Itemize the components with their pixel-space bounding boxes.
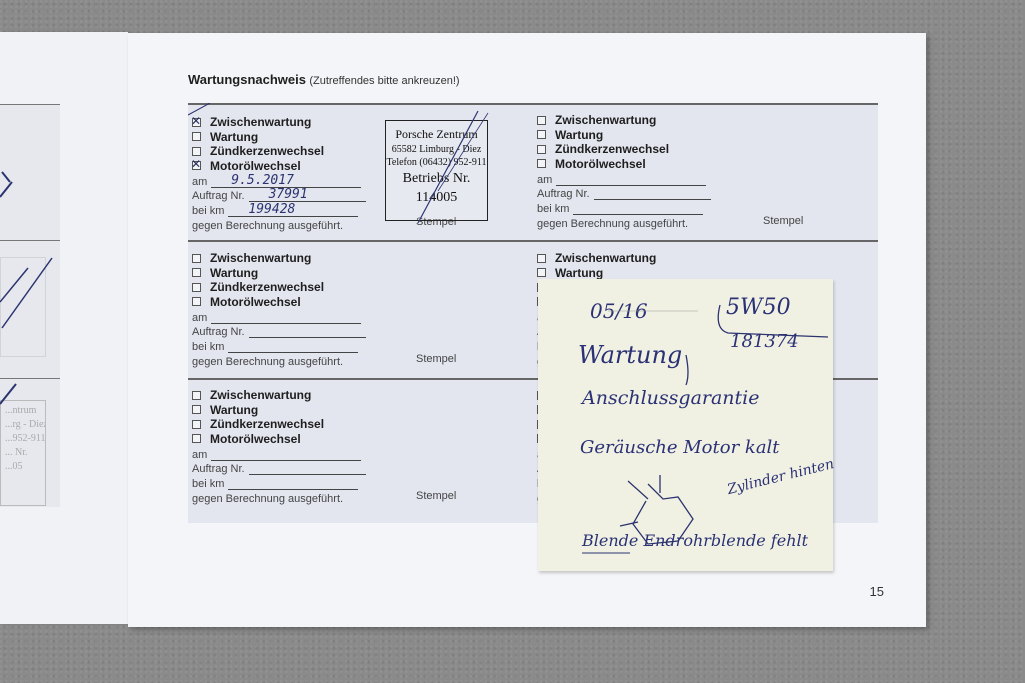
checkbox[interactable] bbox=[537, 130, 546, 139]
checkbox-row[interactable]: Zwischenwartung bbox=[537, 113, 877, 128]
date-field-label: am bbox=[192, 312, 207, 324]
maintenance-entry-5: Zwischenwartung Wartung Zündkerzenwechse… bbox=[192, 388, 532, 516]
order-number-field-label: Auftrag Nr. bbox=[192, 326, 245, 338]
stamp-address: 65582 Limburg - Diez bbox=[386, 144, 487, 155]
mileage-field-row: bei km bbox=[192, 338, 532, 353]
checkbox[interactable] bbox=[192, 254, 201, 263]
mileage-field-row: bei km bbox=[192, 475, 532, 490]
mileage-field-label: bei km bbox=[192, 205, 224, 217]
footer-text: gegen Berechnung ausgeführt. bbox=[192, 356, 343, 368]
checkbox[interactable] bbox=[192, 132, 201, 141]
checkbox-label: Motorölwechsel bbox=[555, 157, 646, 171]
stamp-dealer-name: Porsche Zentrum bbox=[386, 127, 487, 142]
checkbox-label: Zündkerzenwechsel bbox=[210, 144, 324, 158]
checkbox[interactable] bbox=[192, 297, 201, 306]
checkbox-row[interactable]: Wartung bbox=[537, 128, 877, 143]
checkbox-label: Zwischenwartung bbox=[210, 251, 311, 265]
checkbox-row[interactable]: Zündkerzenwechsel bbox=[192, 417, 532, 432]
order-number-field[interactable]: 37991 bbox=[249, 191, 366, 202]
note-warranty: Anschlussgarantie bbox=[582, 387, 760, 409]
footer-text: gegen Berechnung ausgeführt. bbox=[192, 493, 343, 505]
checkbox-row[interactable]: Motorölwechsel bbox=[192, 432, 532, 447]
checkbox[interactable] bbox=[192, 161, 201, 170]
sticky-note: 05/16 5W50 181374 Wartung Anschlussgaran… bbox=[538, 279, 833, 571]
order-number-field[interactable] bbox=[249, 464, 366, 475]
checkbox-label: Wartung bbox=[210, 266, 258, 280]
checkbox-row[interactable]: Zündkerzenwechsel bbox=[537, 142, 877, 157]
date-field-value: 9.5.2017 bbox=[231, 173, 294, 188]
checkbox-row[interactable]: Zündkerzenwechsel bbox=[192, 280, 532, 295]
page-heading: Wartungsnachweis (Zutreffendes bitte ank… bbox=[188, 72, 460, 87]
row-divider bbox=[188, 103, 878, 105]
date-field-label: am bbox=[537, 174, 552, 186]
checkbox-row[interactable]: Motorölwechsel bbox=[192, 295, 532, 310]
mileage-field[interactable]: 199428 bbox=[228, 206, 358, 217]
checkbox-label: Zwischenwartung bbox=[555, 113, 656, 127]
page-subtitle: (Zutreffendes bitte ankreuzen!) bbox=[309, 75, 459, 87]
stamp-label: Stempel bbox=[763, 215, 803, 227]
checkbox-label: Zwischenwartung bbox=[555, 251, 656, 265]
stamp-business-label: Betriebs Nr. bbox=[386, 171, 487, 187]
order-number-field-row: Auftrag Nr. bbox=[192, 461, 532, 476]
left-page: ...ntrum ...rg - Diez ...952-911 ... Nr.… bbox=[0, 32, 128, 624]
footer-text: gegen Berechnung ausgeführt. bbox=[537, 218, 688, 230]
order-number-field-label: Auftrag Nr. bbox=[192, 463, 245, 475]
stamp-business-number: 114005 bbox=[386, 190, 487, 206]
left-page-stamp: ...ntrum ...rg - Diez ...952-911 ... Nr.… bbox=[0, 400, 46, 506]
checkbox-label: Zwischenwartung bbox=[210, 388, 311, 402]
checkbox[interactable] bbox=[192, 268, 201, 277]
left-page-panel-1 bbox=[0, 104, 60, 241]
checkbox-row[interactable]: Motorölwechsel bbox=[537, 157, 877, 172]
date-field[interactable]: 9.5.2017 bbox=[211, 177, 361, 188]
checkbox-label: Wartung bbox=[210, 403, 258, 417]
mileage-field-label: bei km bbox=[537, 203, 569, 215]
date-field[interactable] bbox=[211, 313, 361, 324]
checkbox[interactable] bbox=[192, 147, 201, 156]
date-field[interactable] bbox=[211, 450, 361, 461]
note-missing-trim: Blende Endrohrblende fehlt bbox=[582, 531, 808, 550]
stamp-label: Stempel bbox=[416, 353, 456, 365]
checkbox[interactable] bbox=[192, 283, 201, 292]
mileage-field-value: 199428 bbox=[248, 202, 295, 217]
page-title: Wartungsnachweis bbox=[188, 72, 306, 87]
checkbox[interactable] bbox=[192, 118, 201, 127]
dealer-stamp: Porsche Zentrum 65582 Limburg - Diez Tel… bbox=[385, 120, 488, 221]
checkbox[interactable] bbox=[192, 420, 201, 429]
footer-row: gegen Berechnung ausgeführt. bbox=[537, 216, 877, 231]
mileage-field-label: bei km bbox=[192, 478, 224, 490]
note-oil-grade: 5W50 bbox=[726, 295, 791, 320]
stamp-fragment: ...952-911 bbox=[5, 432, 45, 446]
stamp-phone: Telefon (06432) 952-911 bbox=[386, 157, 487, 168]
note-service: Wartung bbox=[578, 341, 682, 369]
maintenance-entry-2: Zwischenwartung Wartung Zündkerzenwechse… bbox=[537, 113, 877, 241]
date-field-row: am bbox=[192, 446, 532, 461]
checkbox[interactable] bbox=[537, 159, 546, 168]
date-field[interactable] bbox=[556, 175, 706, 186]
checkbox-label: Wartung bbox=[555, 128, 603, 142]
date-field-row: am bbox=[537, 171, 877, 186]
checkbox[interactable] bbox=[192, 405, 201, 414]
date-field-label: am bbox=[192, 449, 207, 461]
footer-row: gegen Berechnung ausgeführt. bbox=[192, 354, 532, 369]
checkbox-label: Wartung bbox=[555, 266, 603, 280]
checkbox-row[interactable]: Zwischenwartung bbox=[192, 388, 532, 403]
checkbox[interactable] bbox=[537, 116, 546, 125]
mileage-field-row: bei km bbox=[537, 200, 877, 215]
checkbox-label: Zündkerzenwechsel bbox=[555, 142, 669, 156]
checkbox-label: Zündkerzenwechsel bbox=[210, 280, 324, 294]
left-page-stamp-faded bbox=[0, 257, 46, 357]
checkbox-label: Zwischenwartung bbox=[210, 115, 311, 129]
date-field-label: am bbox=[192, 176, 207, 188]
mileage-field[interactable] bbox=[573, 204, 703, 215]
stamp-label: Stempel bbox=[416, 490, 456, 502]
checkbox-row[interactable]: Wartung bbox=[192, 266, 532, 281]
order-number-field-value: 37991 bbox=[269, 187, 308, 202]
checkbox-label: Zündkerzenwechsel bbox=[210, 417, 324, 431]
page-number: 15 bbox=[870, 584, 884, 599]
stamp-fragment: ...05 bbox=[5, 460, 45, 474]
checkbox[interactable] bbox=[537, 254, 546, 263]
checkbox-label: Motorölwechsel bbox=[210, 295, 301, 309]
stamp-fragment: ...rg - Diez bbox=[5, 418, 45, 432]
date-field-row: am bbox=[192, 309, 532, 324]
mileage-field[interactable] bbox=[228, 342, 358, 353]
note-date: 05/16 bbox=[590, 299, 648, 323]
mileage-field[interactable] bbox=[228, 479, 358, 490]
checkbox-label: Motorölwechsel bbox=[210, 159, 301, 173]
checkbox-label: Wartung bbox=[210, 130, 258, 144]
checkbox[interactable] bbox=[192, 391, 201, 400]
stamp-fragment: ...ntrum bbox=[5, 404, 45, 418]
note-cylinder: Zylinder hinten bbox=[726, 456, 836, 498]
booklet-page: Wartungsnachweis (Zutreffendes bitte ank… bbox=[128, 33, 926, 627]
order-number-field-row: Auftrag Nr. bbox=[192, 324, 532, 339]
note-engine-noise: Geräusche Motor kalt bbox=[580, 437, 780, 458]
checkbox[interactable] bbox=[537, 268, 546, 277]
checkbox-row[interactable]: Wartung bbox=[537, 266, 877, 281]
order-number-field-label: Auftrag Nr. bbox=[192, 190, 245, 202]
order-number-field[interactable] bbox=[594, 189, 711, 200]
mileage-field-label: bei km bbox=[192, 341, 224, 353]
note-mileage: 181374 bbox=[730, 331, 799, 352]
checkbox[interactable] bbox=[537, 145, 546, 154]
checkbox-row[interactable]: Wartung bbox=[192, 403, 532, 418]
maintenance-entry-3: Zwischenwartung Wartung Zündkerzenwechse… bbox=[192, 251, 532, 379]
sketch-engine-diagram bbox=[538, 279, 833, 571]
checkbox[interactable] bbox=[192, 434, 201, 443]
order-number-field-row: Auftrag Nr. bbox=[537, 186, 877, 201]
checkbox-label: Motorölwechsel bbox=[210, 432, 301, 446]
checkbox-row[interactable]: Zwischenwartung bbox=[537, 251, 877, 266]
footer-text: gegen Berechnung ausgeführt. bbox=[192, 220, 343, 232]
stamp-fragment: ... Nr. bbox=[5, 446, 45, 460]
checkbox-row[interactable]: Zwischenwartung bbox=[192, 251, 532, 266]
footer-row: gegen Berechnung ausgeführt. bbox=[192, 491, 532, 506]
order-number-field[interactable] bbox=[249, 327, 366, 338]
order-number-field-label: Auftrag Nr. bbox=[537, 188, 590, 200]
